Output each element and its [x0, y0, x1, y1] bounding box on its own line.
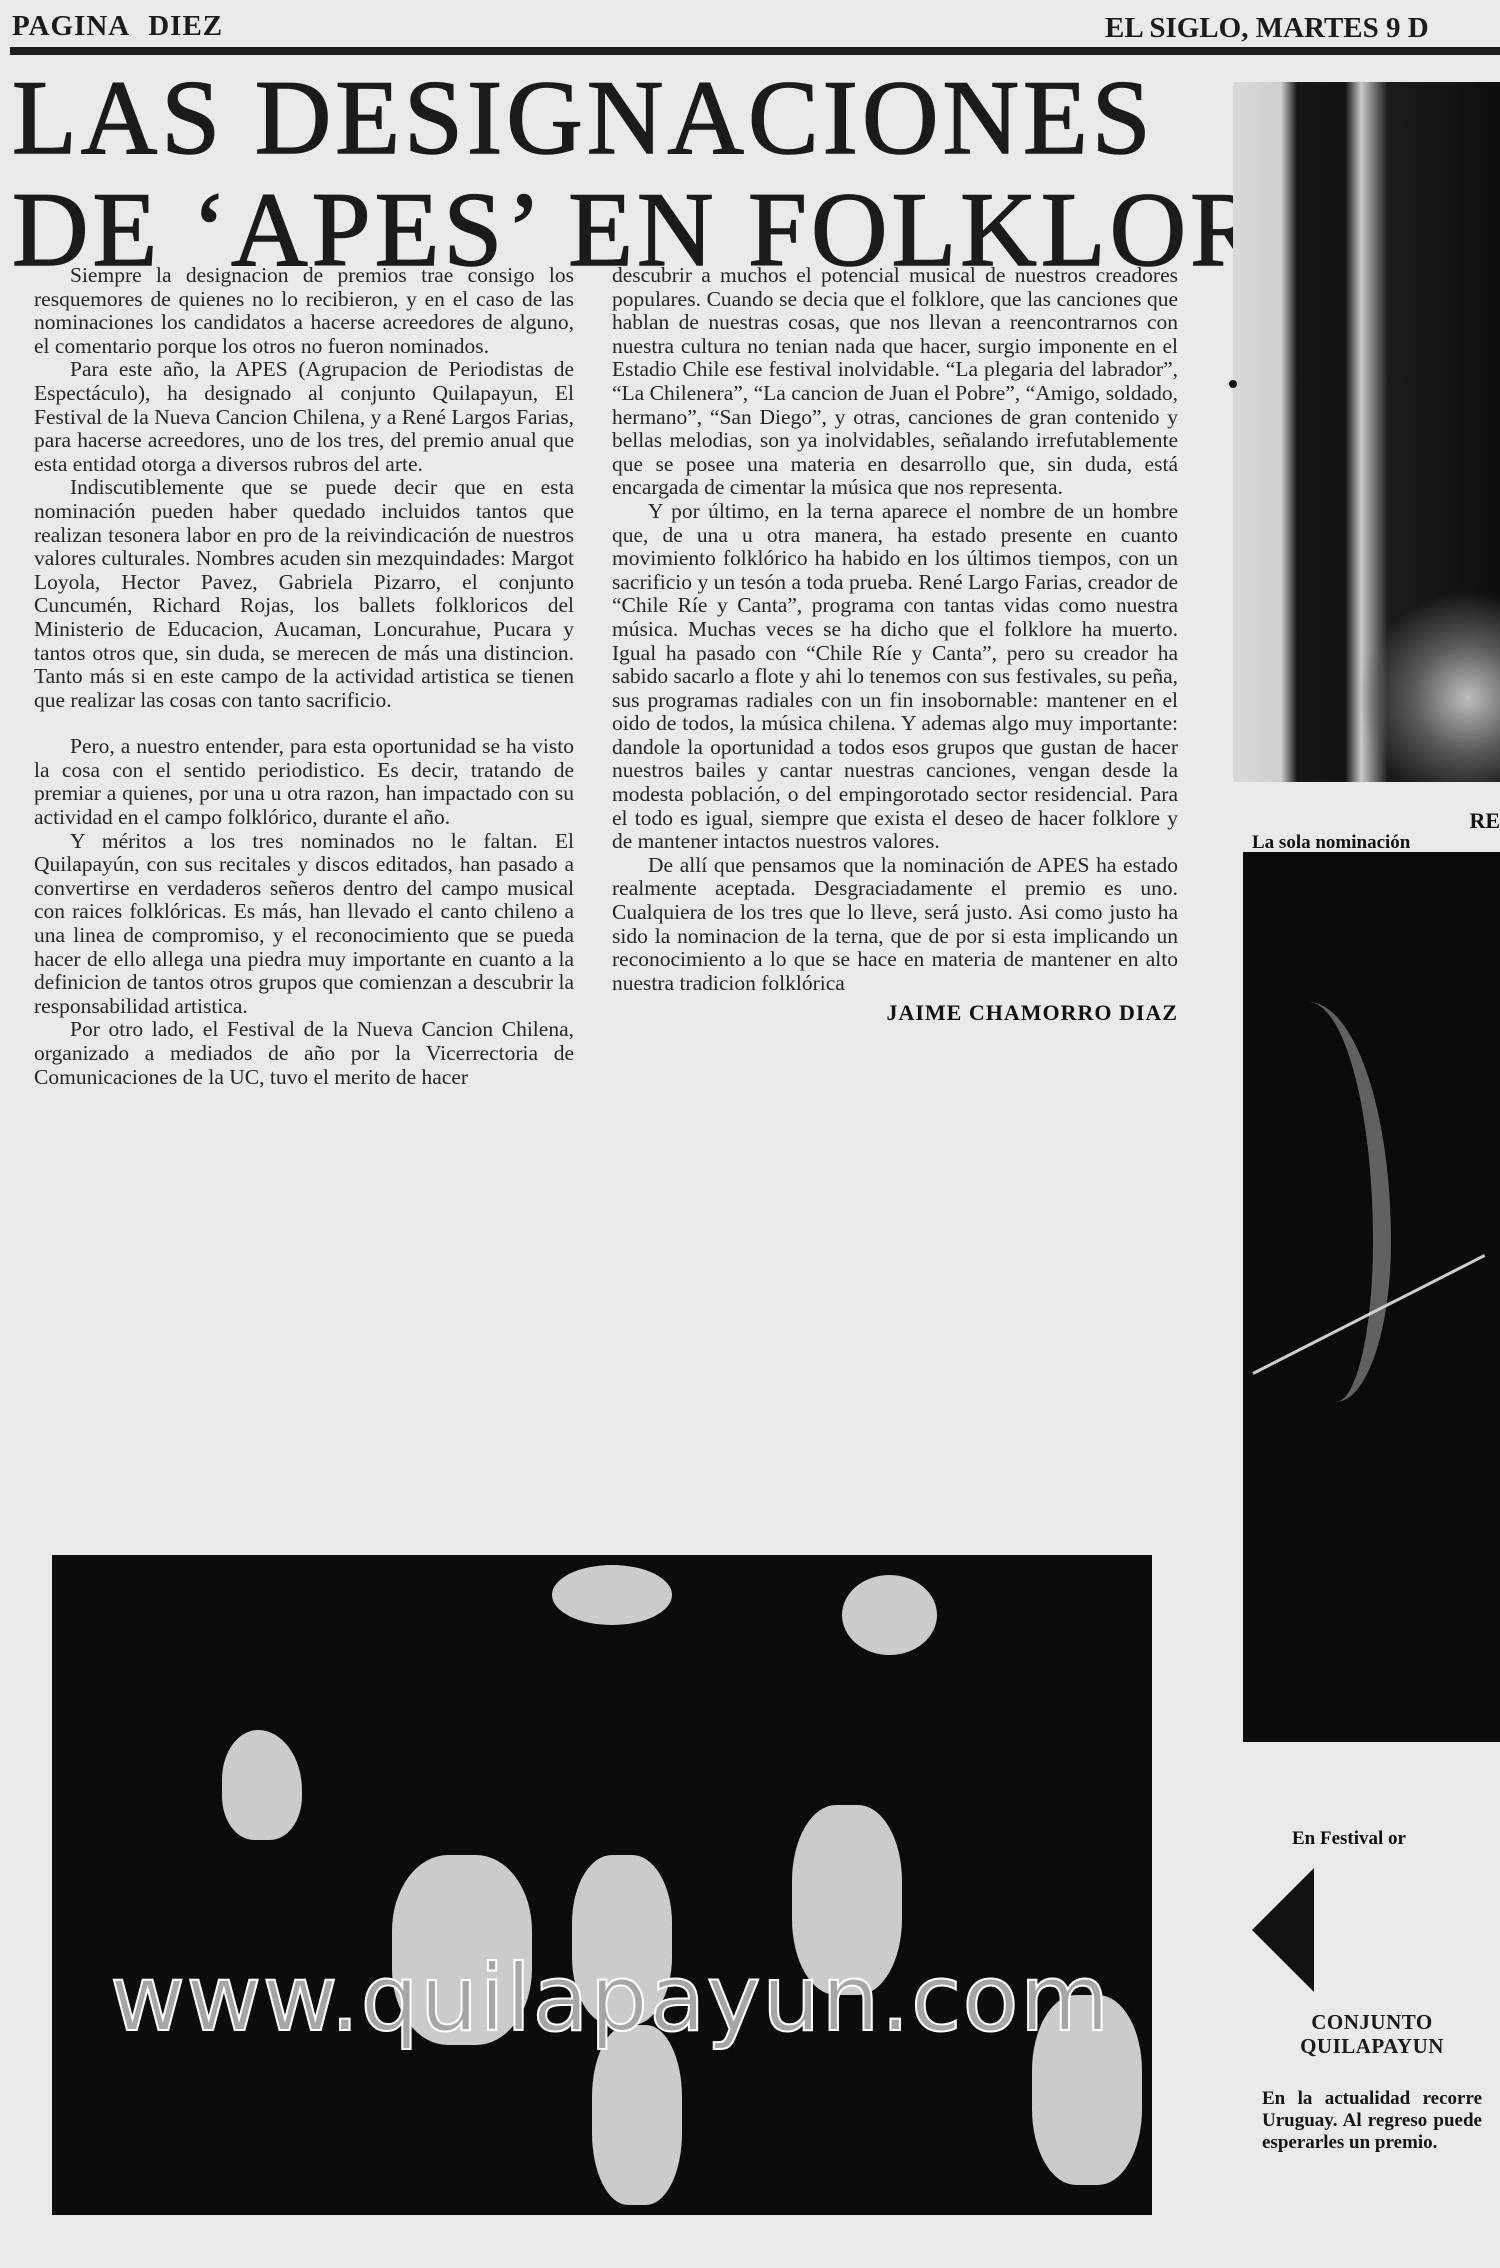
photo-highlight — [552, 1565, 672, 1625]
paragraph: De allí que pensamos que la nominación d… — [612, 854, 1178, 996]
photo-shirt — [592, 2025, 682, 2205]
conjunto-caption-title: CONJUNTO QUILAPAYUN — [1262, 2010, 1482, 2058]
conjunto-title-line-2: QUILAPAYUN — [1262, 2034, 1482, 2058]
photo-caption-name: RE — [1250, 808, 1500, 834]
page-label: PAGINA — [12, 10, 130, 42]
arrow-left-icon — [1252, 1868, 1314, 1992]
page-number: PAGINADIEZ — [12, 10, 241, 43]
page-number-word: DIEZ — [148, 10, 223, 42]
paragraph: Y por último, en la terna aparece el nom… — [612, 500, 1178, 854]
paragraph: Por otro lado, el Festival de la Nueva C… — [34, 1018, 574, 1089]
photo-caption-festival: En Festival or — [1292, 1828, 1406, 1850]
paragraph: Siempre la designacion de premios trae c… — [34, 264, 574, 358]
photo-caption-subtitle: La sola nominación — [1252, 832, 1500, 854]
headline-line-1: LAS DESIGNACIONES — [12, 62, 1182, 174]
conjunto-title-line-1: CONJUNTO — [1262, 2010, 1482, 2034]
watermark-url: www.quilapayun.com — [110, 1945, 1110, 2052]
photo-festival — [1243, 852, 1500, 1742]
paragraph: descubrir a muchos el potencial musical … — [612, 264, 1178, 500]
paper-name-date: EL SIGLO, MARTES 9 D — [1105, 12, 1429, 45]
paragraph: Pero, a nuestro entender, para esta opor… — [34, 735, 574, 829]
newspaper-page: PAGINADIEZ EL SIGLO, MARTES 9 D LAS DESI… — [0, 0, 1500, 2268]
paragraph: Para este año, la APES (Agrupacion de Pe… — [34, 358, 574, 476]
photo-face — [222, 1730, 302, 1840]
header-rule — [10, 47, 1500, 55]
article-column-2: descubrir a muchos el potencial musical … — [612, 264, 1178, 1025]
paragraph: Y méritos a los tres nominados no le fal… — [34, 830, 574, 1019]
print-dot — [1229, 380, 1237, 388]
paragraph: Indiscutiblemente que se puede decir que… — [34, 476, 574, 712]
photo-quilapayun-stage — [52, 1555, 1152, 2215]
article-column-1: Siempre la designacion de premios trae c… — [34, 264, 574, 1089]
photo-highlight — [842, 1575, 937, 1655]
headline: LAS DESIGNACIONES DE ‘APES’ EN FOLKLORE — [12, 62, 1182, 286]
byline: JAIME CHAMORRO DIAZ — [612, 1001, 1178, 1025]
conjunto-caption-text: En la actualidad recorre Uruguay. Al reg… — [1262, 2088, 1482, 2154]
photo-rene-largo-farias — [1233, 82, 1500, 782]
